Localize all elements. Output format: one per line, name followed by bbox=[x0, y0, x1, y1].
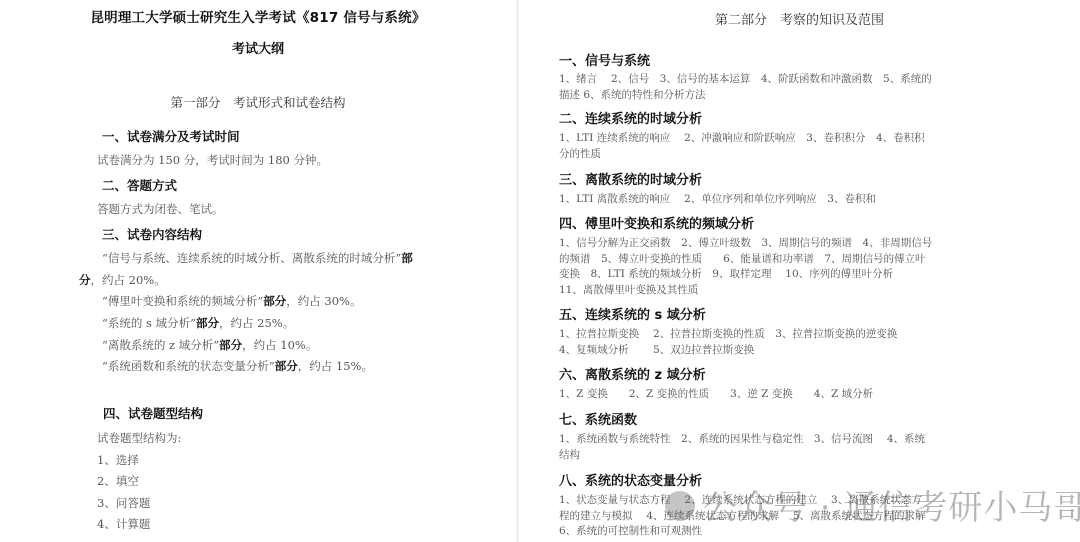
body-line: 1、绪言 2、信号 3、信号的基本运算 4、阶跃函数和冲激函数 5、系统的 bbox=[559, 72, 959, 88]
body-line: 变换 8、LTI 系统的频域分析 9、取样定理 10、序列的傅里叶分析 bbox=[559, 267, 959, 283]
body-line: 1、LTI 连续系统的响应 2、冲激响应和阶跃响应 3、卷积积分 4、卷积积 bbox=[559, 131, 959, 147]
right-page: 第二部分 考察的知识及范围 一、信号与系统 1、绪言 2、信号 3、信号的基本运… bbox=[519, 0, 1080, 542]
section-heading: 一、试卷满分及考试时间 bbox=[102, 127, 240, 145]
content-item: “傅里叶变换和系统的频域分析”部分，约占 30%。 bbox=[102, 293, 361, 309]
section-heading: 三、试卷内容结构 bbox=[102, 225, 202, 243]
content-item: “离散系统的 z 域分析”部分，约占 10%。 bbox=[102, 337, 317, 353]
section-heading: 五、连续系统的 s 域分析 bbox=[559, 304, 706, 323]
watermark-text: 公众号 · 通信考研小马哥 bbox=[703, 488, 1080, 528]
body-line: 1、LTI 离散系统的响应 2、单位序列和单位序列响应 3、卷积和 bbox=[559, 192, 959, 208]
section-heading: 二、答题方式 bbox=[102, 176, 177, 194]
section-body: 1、LTI 连续系统的响应 2、冲激响应和阶跃响应 3、卷积积分 4、卷积积 分… bbox=[559, 131, 959, 162]
item-bold: 部分 bbox=[196, 316, 219, 330]
item-bold: 分 bbox=[79, 273, 91, 287]
body-line: 1、系统函数与系统特性 2、系统的因果性与稳定性 3、信号流图 4、系统 bbox=[559, 432, 959, 448]
body-line: 分的性质 bbox=[559, 147, 959, 163]
item-rest: ，约占 25%。 bbox=[219, 316, 294, 330]
document-subtitle: 考试大纲 bbox=[0, 38, 516, 57]
section-heading: 三、离散系统的时域分析 bbox=[559, 169, 702, 188]
document-title: 昆明理工大学硕士研究生入学考试《817 信号与系统》 bbox=[0, 6, 516, 26]
body-line: 描述 6、系统的特性和分析方法 bbox=[559, 88, 959, 104]
content-item-cont: 分，约占 20%。 bbox=[79, 272, 166, 288]
section-body: 1、信号分解为正交函数 2、傅立叶级数 3、周期信号的频谱 4、非周期信号 的频… bbox=[559, 236, 959, 298]
section-body: 答题方式为闭卷、笔试。 bbox=[97, 201, 224, 217]
body-line: 结构 bbox=[559, 448, 959, 464]
content-item: “系统的 s 域分析”部分，约占 25%。 bbox=[102, 315, 294, 331]
item-quote: “离散系统的 z 域分析” bbox=[102, 338, 219, 352]
left-page: 昆明理工大学硕士研究生入学考试《817 信号与系统》 考试大纲 第一部分 考试形… bbox=[0, 0, 516, 542]
wechat-icon bbox=[665, 491, 695, 521]
list-item: 4、计算题 bbox=[97, 516, 150, 532]
item-quote: “傅里叶变换和系统的频域分析” bbox=[102, 294, 263, 308]
section-heading: 七、系统函数 bbox=[559, 409, 637, 428]
body-line: 1、拉普拉斯变换 2、拉普拉斯变换的性质 3、拉普拉斯变换的逆变换 bbox=[559, 327, 959, 343]
section-body: 试卷题型结构为: bbox=[97, 430, 181, 446]
item-bold: 部 bbox=[401, 251, 413, 265]
body-line: 的频谱 5、傅立叶变换的性质 6、能量谱和功率谱 7、周期信号的傅立叶 bbox=[559, 252, 959, 268]
section-body: 试卷满分为 150 分，考试时间为 180 分钟。 bbox=[97, 152, 328, 168]
body-line: 1、信号分解为正交函数 2、傅立叶级数 3、周期信号的频谱 4、非周期信号 bbox=[559, 236, 959, 252]
section-heading: 六、离散系统的 z 域分析 bbox=[559, 364, 706, 383]
body-line: 4、复频域分析 5、双边拉普拉斯变换 bbox=[559, 343, 959, 359]
section-heading: 四、傅里叶变换和系统的频域分析 bbox=[559, 213, 754, 232]
item-bold: 部分 bbox=[275, 359, 298, 373]
body-line: 1、Z 变换 2、Z 变换的性质 3、逆 Z 变换 4、Z 域分析 bbox=[559, 387, 959, 403]
body-line: 11、离散傅里叶变换及其性质 bbox=[559, 283, 959, 299]
section-heading: 二、连续系统的时域分析 bbox=[559, 108, 702, 127]
item-bold: 部分 bbox=[263, 294, 286, 308]
section-body: 1、绪言 2、信号 3、信号的基本运算 4、阶跃函数和冲激函数 5、系统的 描述… bbox=[559, 72, 959, 103]
list-item: 1、选择 bbox=[97, 452, 139, 468]
section-body: 1、拉普拉斯变换 2、拉普拉斯变换的性质 3、拉普拉斯变换的逆变换 4、复频域分… bbox=[559, 327, 959, 358]
part-one-title: 第一部分 考试形式和试卷结构 bbox=[0, 93, 516, 111]
item-rest: ，约占 20%。 bbox=[91, 273, 166, 287]
section-heading: 四、试卷题型结构 bbox=[103, 404, 203, 422]
item-quote: “系统的 s 域分析” bbox=[102, 316, 196, 330]
section-heading: 一、信号与系统 bbox=[559, 50, 650, 69]
section-body: 1、LTI 离散系统的响应 2、单位序列和单位序列响应 3、卷积和 bbox=[559, 192, 959, 208]
item-quote: “信号与系统、连续系统的时域分析、离散系统的时域分析” bbox=[102, 251, 401, 265]
item-rest: ，约占 10%。 bbox=[242, 338, 317, 352]
item-rest: ，约占 30%。 bbox=[286, 294, 361, 308]
item-bold: 部分 bbox=[219, 338, 242, 352]
part-two-title: 第二部分 考察的知识及范围 bbox=[519, 9, 1080, 28]
content-item: “系统函数和系统的状态变量分析”部分，约占 15%。 bbox=[102, 358, 373, 374]
section-body: 1、系统函数与系统特性 2、系统的因果性与稳定性 3、信号流图 4、系统 结构 bbox=[559, 432, 959, 463]
content-item: “信号与系统、连续系统的时域分析、离散系统的时域分析”部 bbox=[102, 250, 413, 266]
list-item: 3、问答题 bbox=[97, 495, 150, 511]
item-rest: ，约占 15%。 bbox=[298, 359, 373, 373]
section-body: 1、Z 变换 2、Z 变换的性质 3、逆 Z 变换 4、Z 域分析 bbox=[559, 387, 959, 403]
watermark: 公众号 · 通信考研小马哥 bbox=[665, 480, 1080, 529]
list-item: 2、填空 bbox=[97, 473, 139, 489]
item-quote: “系统函数和系统的状态变量分析” bbox=[102, 359, 275, 373]
